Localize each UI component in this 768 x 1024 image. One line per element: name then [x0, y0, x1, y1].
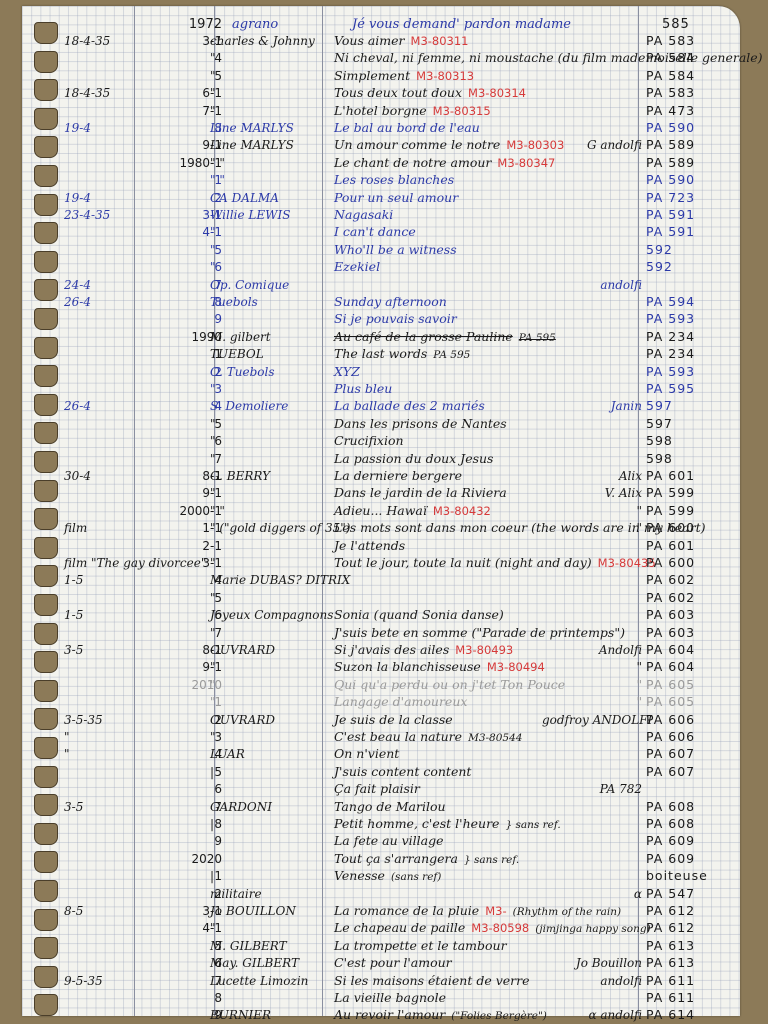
- song-title: J'suis content content: [334, 763, 644, 781]
- matrix-number: 6: [142, 780, 222, 798]
- ledger-row: 26-44S. DemoliereLa ballade des 2 mariés…: [22, 397, 740, 415]
- artist-name: militaire: [210, 885, 330, 903]
- artist-name: |: [210, 763, 330, 781]
- recording-date: 1-5: [64, 606, 150, 624]
- artist-name: ": [210, 450, 330, 468]
- binder-hole: [34, 251, 58, 273]
- binder-hole: [34, 422, 58, 444]
- binder-hole: [34, 79, 58, 101]
- binder-hole: [34, 880, 58, 902]
- song-title: XYZ: [334, 363, 644, 381]
- ledger-row: film "The gay divorcee"3-1"Tout le jour,…: [22, 554, 740, 572]
- song-title: C'est beau la natureM3-80544: [334, 728, 644, 747]
- artist-name: |: [210, 867, 330, 885]
- ledger-row: 9-1Line MARLYSUn amour comme le notreM3-…: [22, 136, 740, 154]
- ledger-row: 5"Dans les prisons de Nantes597: [22, 415, 740, 433]
- song-title: Le chant de notre amourM3-80347: [334, 154, 644, 172]
- artist-name: OUVRARD: [210, 641, 330, 659]
- recording-date: 26-4: [64, 397, 150, 415]
- ledger-row: 23-4-353-1Willie LEWISNagasakiPA 591: [22, 206, 740, 224]
- catalogue-number: 598: [646, 450, 736, 468]
- ledger-row: 2020Tout ça s'arrangera} sans ref.PA 609: [22, 850, 740, 868]
- binder-hole: [34, 108, 58, 130]
- ledger-row: 6May. GILBERTC'est pour l'amourJo Bouill…: [22, 954, 740, 972]
- binder-hole: [34, 594, 58, 616]
- recording-date: 1-5: [64, 571, 150, 589]
- ledger-row: 2O. TuebolsXYZPA 593: [22, 363, 740, 381]
- annotation: } sans ref.: [464, 854, 519, 866]
- song-title: Ni cheval, ni femme, ni moustache (du fi…: [334, 49, 644, 67]
- artist-name: ": [210, 258, 330, 276]
- ledger-row: 9-1"Dans le jardin de la RivieraV. AlixP…: [22, 484, 740, 502]
- ledger-row: 8-53-1Jo BOUILLONLa romance de la pluieM…: [22, 902, 740, 920]
- ledger-row: 7"J'suis bete en somme ("Parade de print…: [22, 624, 740, 642]
- ledger-row: 1" "Les roses blanchesPA 590: [22, 171, 740, 189]
- artist-name: BURNIER: [210, 1006, 330, 1024]
- recording-date: 9-5-35: [64, 972, 150, 990]
- annotation: PA 595: [433, 349, 470, 361]
- annotation: } sans ref.: [505, 819, 560, 831]
- catalogue-number: PA 611: [646, 989, 736, 1007]
- catalogue-number: PA 589: [646, 136, 736, 154]
- ledger-row: 1TUEBOLThe last wordsPA 595PA 234: [22, 345, 740, 363]
- catalogue-number: PA 583: [646, 84, 736, 102]
- artist-name: Joyeux Compagnons: [210, 606, 330, 624]
- conductor-note: G andolfi: [542, 136, 642, 154]
- ledger-row: 6Ça fait plaisirPA 782: [22, 780, 740, 798]
- ledger-row: 1"Langage d'amoureux"PA 605: [22, 693, 740, 711]
- ledger-row: 24-47Op. Comiqueandolfi: [22, 276, 740, 294]
- conductor-note: andolfi: [542, 972, 642, 990]
- catalogue-number: PA 590: [646, 171, 736, 189]
- catalogue-number: PA 594: [646, 293, 736, 311]
- artist-name: OUVRARD: [210, 711, 330, 729]
- binder-hole: [34, 165, 58, 187]
- ledger-row: "3"C'est beau la natureM3-80544PA 606: [22, 728, 740, 746]
- ledger-row: 5|J'suis content contentPA 607: [22, 763, 740, 781]
- binder-hole: [34, 794, 58, 816]
- ledger-row: "4LUAROn n'vientPA 607: [22, 745, 740, 763]
- ledger-row: 18-4-356-1"Tous deux tout douxM3-80314PA…: [22, 84, 740, 102]
- ledger-row: 8|Petit homme, c'est l'heure} sans ref.P…: [22, 815, 740, 833]
- binder-hole: [34, 51, 58, 73]
- conductor-note: Janin: [542, 397, 642, 415]
- conductor-note: α: [542, 885, 642, 903]
- recording-date: 23-4-35: [64, 206, 150, 224]
- ledger-row: 9-1"Suzon la blanchisseuseM3-80494"PA 60…: [22, 658, 740, 676]
- matrix-reference: M3-80598: [471, 921, 529, 935]
- artist-name: ": [210, 658, 330, 676]
- ledger-row: 9-5-357Lucette LimozinSi les maisons éta…: [22, 972, 740, 990]
- ledger-row: 9La fete au villagePA 609: [22, 832, 740, 850]
- recording-date: film "The gay divorcee": [64, 554, 150, 572]
- ledger-row: 3-57GARDONITango de MarilouPA 608: [22, 798, 740, 816]
- ledger-row: 2militaireαPA 547: [22, 885, 740, 903]
- artist-name: Tuebols: [210, 293, 330, 311]
- ledger-row: 7-1"L'hotel borgneM3-80315PA 473: [22, 102, 740, 120]
- artist-name: ": [210, 624, 330, 642]
- ledger-row: 5"Who'll be a witness592: [22, 241, 740, 259]
- ledger-row: 1|Venesse(sans ref)boiteuse: [22, 867, 740, 885]
- catalogue-number: PA 595: [646, 380, 736, 398]
- ledger-row: 6"Ezekiel592: [22, 258, 740, 276]
- song-title: Vous aimerM3-80311: [334, 32, 644, 50]
- song-title: J'suis bete en somme ("Parade de printem…: [334, 624, 644, 642]
- catalogue-number: PA 607: [646, 763, 736, 781]
- song-title: The last wordsPA 595: [334, 345, 644, 364]
- matrix-reference: M3-: [485, 904, 506, 918]
- binder-hole: [34, 365, 58, 387]
- ledger-row: 1980-1" "Le chant de notre amourM3-80347…: [22, 154, 740, 172]
- catalogue-number: PA 547: [646, 885, 736, 903]
- artist-name: ": [210, 728, 330, 746]
- song-title: La vieille bagnole: [334, 989, 644, 1007]
- song-title: La trompette et le tambour: [334, 937, 644, 955]
- recording-date: 3-5: [64, 641, 150, 659]
- recording-date: 24-4: [64, 276, 150, 294]
- ledger-row: 1990M. gilbertAu café de la grosse Pauli…: [22, 328, 740, 346]
- artist-name: May. GILBERT: [210, 954, 330, 972]
- artist-name: ": [210, 554, 330, 572]
- binder-hole: [34, 537, 58, 559]
- catalogue-number: PA 583: [646, 32, 736, 50]
- ledger-row: 1-54Marie DUBAS? DITRIXPA 602: [22, 571, 740, 589]
- ledger-row: 8La vieille bagnolePA 611: [22, 989, 740, 1007]
- annotation: (sans ref): [391, 871, 441, 883]
- artist-name: " ": [210, 171, 330, 189]
- song-title: Les roses blanches: [334, 171, 644, 189]
- recording-date: film: [64, 519, 150, 537]
- catalogue-number: PA 723: [646, 189, 736, 207]
- conductor-note: ": [542, 658, 642, 676]
- catalogue-number: PA 589: [646, 154, 736, 172]
- ledger-row: film1-1" ("gold diggers of 35")Les mots …: [22, 519, 740, 537]
- conductor-note: ": [542, 502, 642, 520]
- ledger-row: 6"Crucifixion598: [22, 432, 740, 450]
- artist-name: " ("gold diggers of 35"): [210, 519, 330, 537]
- binder-hole: [34, 22, 58, 44]
- catalogue-number: PA 609: [646, 832, 736, 850]
- annotation: PA 595: [519, 332, 556, 344]
- ledger-row: 19-48Line MARLYSLe bal au bord de l'eauP…: [22, 119, 740, 137]
- binder-hole: [34, 508, 58, 530]
- catalogue-number: PA 606: [646, 728, 736, 746]
- binder-hole: [34, 337, 58, 359]
- recording-date: 18-4-35: [64, 32, 150, 50]
- artist-name: LUAR: [210, 745, 330, 763]
- recording-date: 26-4: [64, 293, 150, 311]
- song-title: Dans les prisons de Nantes: [334, 415, 644, 433]
- ledger-row: 2010"Qui qu'a perdu ou on j'tet Ton Pouc…: [22, 676, 740, 694]
- artist-name: " ": [210, 502, 330, 520]
- catalogue-number: PA 600: [646, 554, 736, 572]
- artist-name: ": [210, 484, 330, 502]
- ledger-row: 30-48-1G. BERRYLa derniere bergereAlixPA…: [22, 467, 740, 485]
- song-title: Crucifixion: [334, 432, 644, 450]
- artist-name: ": [210, 49, 330, 67]
- song-title: Tout le jour, toute la nuit (night and d…: [334, 554, 644, 572]
- binder-hole: [34, 136, 58, 158]
- song-title: Au café de la grosse PaulinePA 595: [334, 328, 644, 347]
- artist-name: O. Tuebols: [210, 363, 330, 381]
- artist-name: charles & Johnny: [210, 32, 330, 50]
- artist-name: Lucette Limozin: [210, 972, 330, 990]
- song-title: Sonia (quand Sonia danse): [334, 606, 644, 624]
- artist-name: ": [210, 380, 330, 398]
- artist-name: Line MARLYS: [210, 136, 330, 154]
- ledger-row: 1-56Joyeux CompagnonsSonia (quand Sonia …: [22, 606, 740, 624]
- matrix-reference: M3-80493: [455, 643, 513, 657]
- artist-name: ": [210, 693, 330, 711]
- matrix-reference: M3-80311: [411, 34, 469, 48]
- notebook-page: 1972 agrano Jé vous demand' pardon madam…: [22, 6, 740, 1016]
- annotation: M3-80544: [468, 732, 522, 744]
- song-title: Nagasaki: [334, 206, 644, 224]
- ledger-row: 2-1Je l'attendsPA 601: [22, 537, 740, 555]
- artist-name: ": [210, 241, 330, 259]
- catalogue-number: PA 473: [646, 102, 736, 120]
- catalogue-number: PA 604: [646, 658, 736, 676]
- conductor-note: α andolfi: [542, 1006, 642, 1024]
- ledger-row: 3-5-352OUVRARDJe suis de la classegodfro…: [22, 711, 740, 729]
- song-title: L'hotel borgneM3-80315: [334, 102, 644, 120]
- catalogue-number: PA 612: [646, 919, 736, 937]
- song-title: I can't dance: [334, 223, 644, 241]
- artist-name: ": [210, 415, 330, 433]
- matrix-number: 8: [142, 989, 222, 1007]
- ledger-row: 9Si je pouvais savoirPA 593: [22, 310, 740, 328]
- artist-name: " ": [210, 154, 330, 172]
- catalogue-number: PA 612: [646, 902, 736, 920]
- catalogue-number: PA 613: [646, 937, 736, 955]
- artist-name: ": [210, 589, 330, 607]
- catalogue-number: 597: [646, 415, 736, 433]
- recording-date: 3-5: [64, 798, 150, 816]
- artist-name: Line MARLYS: [210, 119, 330, 137]
- binder-hole: [34, 966, 58, 988]
- conductor-note: ": [542, 519, 642, 537]
- catalogue-number: PA 600: [646, 519, 736, 537]
- binder-hole: [34, 480, 58, 502]
- ledger-row: 5"SimplementM3-80313PA 584: [22, 67, 740, 85]
- catalogue-number: PA 614: [646, 1006, 736, 1024]
- catalogue-number: PA 602: [646, 571, 736, 589]
- binder-hole: [34, 279, 58, 301]
- matrix-reference: M3-80494: [487, 660, 545, 674]
- matrix-number: 9: [142, 310, 222, 328]
- catalogue-number: PA 584: [646, 67, 736, 85]
- recording-date: 18-4-35: [64, 84, 150, 102]
- song-title: Tous deux tout douxM3-80314: [334, 84, 644, 102]
- artist-name: TUEBOL: [210, 345, 330, 363]
- binder-hole: [34, 308, 58, 330]
- song-title: La fete au village: [334, 832, 644, 850]
- catalogue-number: PA 584: [646, 49, 736, 67]
- ledger-row: 5M. GILBERTLa trompette et le tambourPA …: [22, 937, 740, 955]
- artist-name: ": [210, 919, 330, 937]
- catalogue-number: PA 608: [646, 798, 736, 816]
- ledger-row: 3"Plus bleuPA 595: [22, 380, 740, 398]
- catalogue-number: PA 590: [646, 119, 736, 137]
- ledger-row: 4"Ni cheval, ni femme, ni moustache (du …: [22, 49, 740, 67]
- catalogue-number: PA 606: [646, 711, 736, 729]
- catalogue-number: 597: [646, 397, 736, 415]
- artist-name: ": [210, 676, 330, 694]
- artist-name: |: [210, 815, 330, 833]
- ledger-row: 5"PA 602: [22, 589, 740, 607]
- binder-hole: [34, 994, 58, 1016]
- binder-hole: [34, 737, 58, 759]
- conductor-note: Jo Bouillon: [542, 954, 642, 972]
- catalogue-number: boiteuse: [646, 867, 736, 885]
- binder-hole: [34, 623, 58, 645]
- recording-date: 8-5: [64, 902, 150, 920]
- ledger-row: 7"La passion du doux Jesus598: [22, 450, 740, 468]
- recording-date: 19-4: [64, 119, 150, 137]
- catalogue-number: PA 613: [646, 954, 736, 972]
- ledger-row: 4-1"Le chapeau de pailleM3-80598(jimjing…: [22, 919, 740, 937]
- artist-name: Op. Comique: [210, 276, 330, 294]
- artist-name: Willie LEWIS: [210, 206, 330, 224]
- binder-hole: [34, 766, 58, 788]
- matrix-reference: M3-80432: [433, 504, 491, 518]
- artist-name: M. GILBERT: [210, 937, 330, 955]
- artist-name: GARDONI: [210, 798, 330, 816]
- matrix-reference: M3-80315: [433, 104, 491, 118]
- artist-name: ": [210, 102, 330, 120]
- catalogue-number: 592: [646, 241, 736, 259]
- catalogue-number: PA 591: [646, 223, 736, 241]
- catalogue-number: PA 611: [646, 972, 736, 990]
- ledger-row: 2000-1" "Adieu... HawaïM3-80432"PA 599: [22, 502, 740, 520]
- binder-hole: [34, 651, 58, 673]
- matrix-number: 9: [142, 832, 222, 850]
- catalogue-number: 598: [646, 432, 736, 450]
- catalogue-number: PA 601: [646, 467, 736, 485]
- song-title: On n'vient: [334, 745, 644, 763]
- binder-hole: [34, 823, 58, 845]
- annotation: (Rhythm of the rain): [513, 906, 622, 918]
- song-title: La passion du doux Jesus: [334, 450, 644, 468]
- ledger-row: 9BURNIERAu revoir l'amour("Folies Bergèr…: [22, 1006, 740, 1024]
- recording-date: 19-4: [64, 189, 150, 207]
- conductor-note: godfroy ANDOLFI: [542, 711, 642, 729]
- ledger-row: 4-1"I can't dancePA 591: [22, 223, 740, 241]
- binder-hole: [34, 708, 58, 730]
- conductor-note: Andolfi: [542, 641, 642, 659]
- conductor-note: ": [542, 676, 642, 694]
- catalogue-number: PA 608: [646, 815, 736, 833]
- matrix-reference: M3-80347: [497, 156, 555, 170]
- catalogue-number: PA 234: [646, 328, 736, 346]
- binder-hole: [34, 394, 58, 416]
- song-title: Pour un seul amour: [334, 189, 644, 207]
- ledger-row: 3-58-1OUVRARDSi j'avais des ailesM3-8049…: [22, 641, 740, 659]
- song-title: Tango de Marilou: [334, 798, 644, 816]
- conductor-note: PA 782: [542, 780, 642, 798]
- conductor-note: ": [542, 693, 642, 711]
- matrix-reference: M3-80314: [468, 86, 526, 100]
- matrix-number: 2020: [142, 850, 222, 868]
- catalogue-number: PA 607: [646, 745, 736, 763]
- catalogue-number: PA 593: [646, 310, 736, 328]
- conductor-note: V. Alix: [542, 484, 642, 502]
- artist-name: ": [210, 67, 330, 85]
- catalogue-number: PA 601: [646, 537, 736, 555]
- ledger-row: 19-42CA DALMAPour un seul amourPA 723: [22, 189, 740, 207]
- catalogue-number: PA 605: [646, 693, 736, 711]
- song-title: Sunday afternoon: [334, 293, 644, 311]
- artist-name: Marie DUBAS? DITRIX: [210, 571, 330, 589]
- binder-hole: [34, 565, 58, 587]
- song-title: Le bal au bord de l'eau: [334, 119, 644, 137]
- catalogue-number: PA 234: [646, 345, 736, 363]
- artist-name: S. Demoliere: [210, 397, 330, 415]
- song-title: Ezekiel: [334, 258, 644, 276]
- catalogue-number: PA 599: [646, 502, 736, 520]
- annotation: ("Folies Bergère"): [451, 1010, 547, 1022]
- song-title: Le chapeau de pailleM3-80598(jimjinga ha…: [334, 919, 644, 938]
- catalogue-number: PA 603: [646, 606, 736, 624]
- artist-name: CA DALMA: [210, 189, 330, 207]
- song-title: Venesse(sans ref): [334, 867, 644, 886]
- song-title: Who'll be a witness: [334, 241, 644, 259]
- matrix-number: 2-1: [142, 537, 222, 555]
- catalogue-number: PA 604: [646, 641, 736, 659]
- song-title: Plus bleu: [334, 380, 644, 398]
- recording-date: ": [64, 728, 150, 746]
- catalogue-number: 592: [646, 258, 736, 276]
- binder-hole: [34, 451, 58, 473]
- catalogue-number: PA 602: [646, 589, 736, 607]
- artist-name: ": [210, 432, 330, 450]
- catalogue-number: PA 609: [646, 850, 736, 868]
- artist-name: ": [210, 84, 330, 102]
- binder-hole: [34, 194, 58, 216]
- song-title: Si je pouvais savoir: [334, 310, 644, 328]
- recording-date: 30-4: [64, 467, 150, 485]
- conductor-note: andolfi: [542, 276, 642, 294]
- song-title: Petit homme, c'est l'heure} sans ref.: [334, 815, 644, 834]
- binder-hole: [34, 937, 58, 959]
- ledger-row: 18-4-353-1charles & JohnnyVous aimerM3-8…: [22, 32, 740, 50]
- recording-date: ": [64, 745, 150, 763]
- artist-name: G. BERRY: [210, 467, 330, 485]
- matrix-reference: M3-80313: [416, 69, 474, 83]
- song-title: Tout ça s'arrangera} sans ref.: [334, 850, 644, 869]
- artist-name: M. gilbert: [210, 328, 330, 346]
- conductor-note: Alix: [542, 467, 642, 485]
- song-title: La romance de la pluieM3-(Rhythm of the …: [334, 902, 644, 921]
- ledger-row: 26-48TuebolsSunday afternoonPA 594: [22, 293, 740, 311]
- song-title: Je l'attends: [334, 537, 644, 555]
- catalogue-number: PA 591: [646, 206, 736, 224]
- artist-name: Jo BOUILLON: [210, 902, 330, 920]
- catalogue-number: PA 605: [646, 676, 736, 694]
- artist-name: ": [210, 223, 330, 241]
- binder-hole: [34, 222, 58, 244]
- song-title: SimplementM3-80313: [334, 67, 644, 85]
- binder-hole: [34, 851, 58, 873]
- annotation: (jimjinga happy song): [535, 923, 650, 935]
- binder-hole: [34, 909, 58, 931]
- catalogue-number: PA 593: [646, 363, 736, 381]
- catalogue-number: PA 603: [646, 624, 736, 642]
- catalogue-number: PA 599: [646, 484, 736, 502]
- binder-hole: [34, 680, 58, 702]
- recording-date: 3-5-35: [64, 711, 150, 729]
